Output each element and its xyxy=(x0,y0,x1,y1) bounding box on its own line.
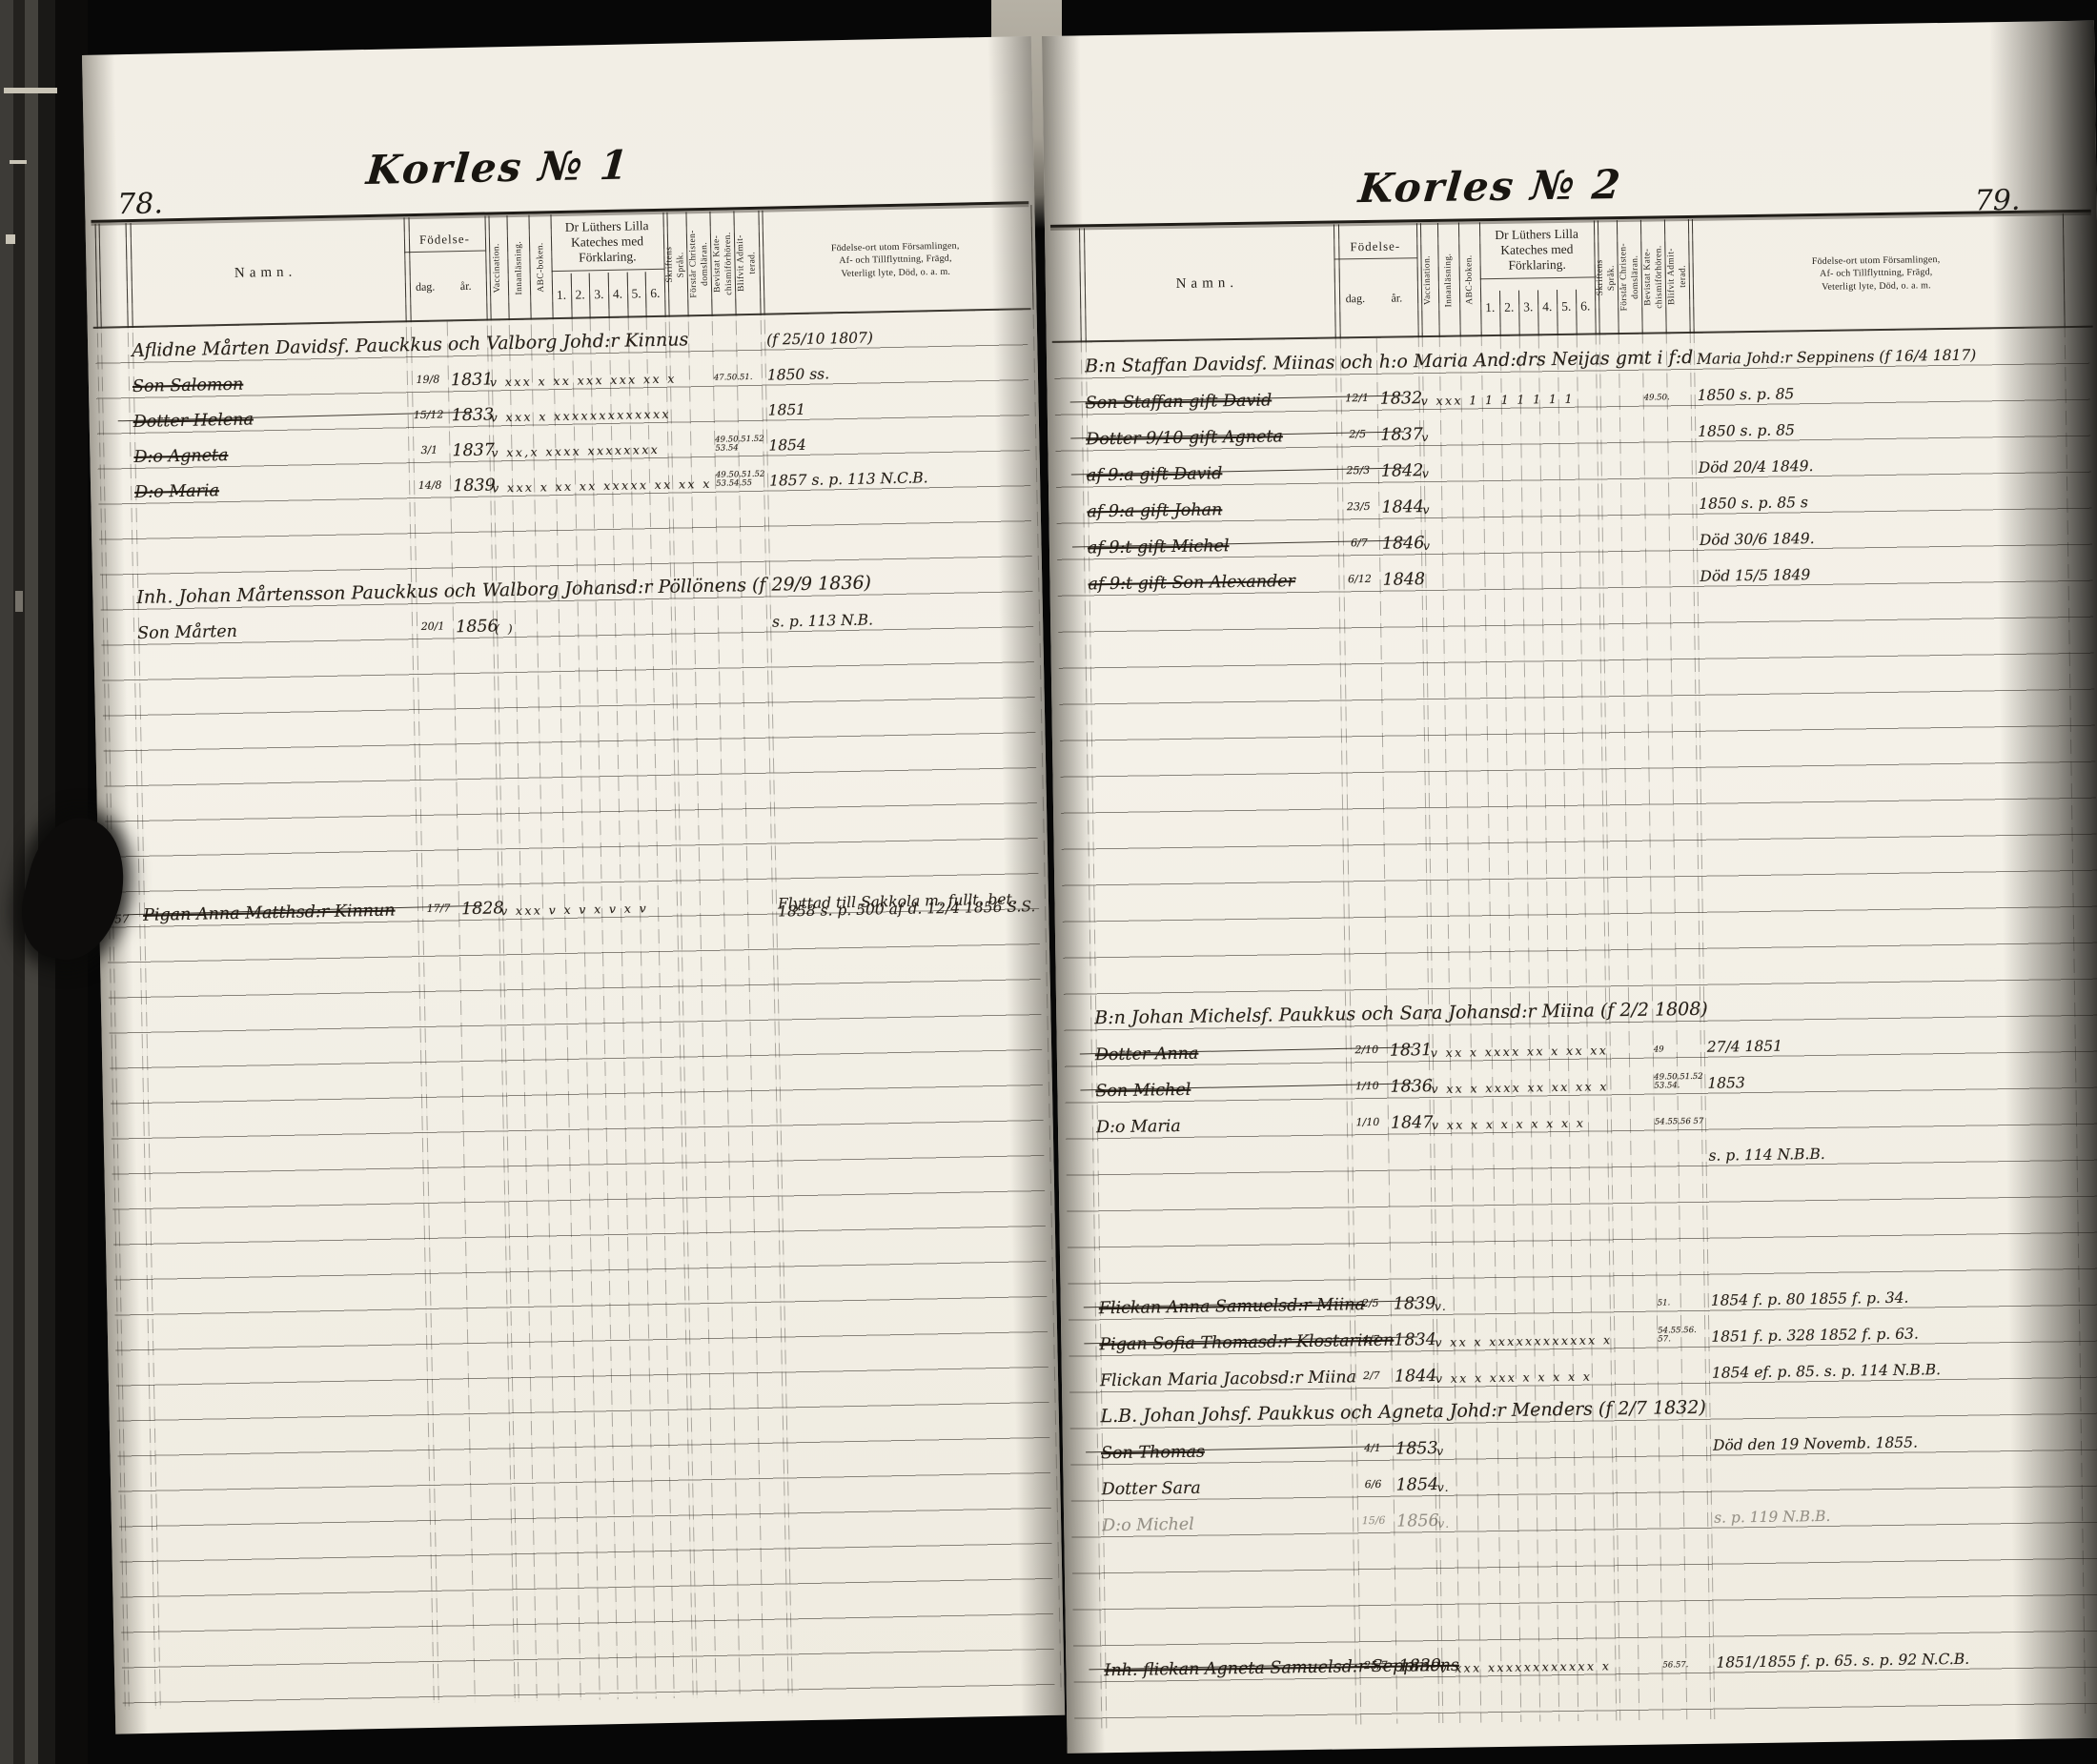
birth-year-cell: 1856 xyxy=(1396,1511,1439,1531)
attendance-years-cell xyxy=(1659,1451,1711,1452)
birth-day-cell xyxy=(1350,1165,1388,1166)
column-abc-boken: ABC-boken. xyxy=(528,214,552,319)
birth-year-cell: 1846 xyxy=(1382,534,1425,554)
name-cell: Son Mårten xyxy=(137,622,237,643)
birth-day-cell: 19/8 xyxy=(409,373,447,386)
table-header: Namn. Födelse- dag.år. Vaccination. Inna… xyxy=(1045,213,2097,343)
birth-day-cell: 4/7 xyxy=(1352,1333,1390,1347)
attendance-years-cell: 49.50.51.52 53.54. xyxy=(1654,1073,1705,1090)
page-title: Korles № 2 xyxy=(1356,161,1624,212)
attendance-years-cell: 49.50.51.52 53.54 xyxy=(715,436,766,453)
examination-marks-cell: v xyxy=(1421,430,1431,444)
birth-year-cell: 1844 xyxy=(1395,1367,1437,1387)
page-number: 78. xyxy=(117,187,163,221)
birth-day-cell: 20/1 xyxy=(414,619,452,633)
attendance-years-cell: 49.50. xyxy=(1644,393,1696,401)
examination-marks-cell: v xyxy=(1422,502,1432,517)
note-cell: Död 30/6 1849. xyxy=(1700,530,1815,549)
examination-marks-cell: ( ) xyxy=(495,621,515,636)
note-cell: 1850 s. p. 85 xyxy=(1698,385,1795,404)
birth-day-cell: 15/12 xyxy=(410,408,448,421)
birth-year-cell: 1842 xyxy=(1381,461,1424,481)
attendance-years-cell: 49.50.51.52 53.54.55 xyxy=(716,471,767,488)
note-cell: 1850 s. p. 85 xyxy=(1698,421,1795,440)
note-cell: Död 15/5 1849 xyxy=(1700,566,1810,585)
column-fodelse: Födelse- dag.år. xyxy=(1334,223,1418,338)
note-cell: 1850 ss. xyxy=(767,365,830,383)
scanned-ledger-spread: 78. Korles № 1 Namn. Födelse- dag.år. Va… xyxy=(0,0,2097,1764)
attendance-years-cell xyxy=(1647,582,1699,583)
name-cell: Dotter Helena xyxy=(133,410,254,432)
column-blifvit-admitterad: Blifvit Admit-terad. xyxy=(733,211,760,315)
birth-year-cell: 1831 xyxy=(1390,1041,1433,1061)
note-cell: 1853 xyxy=(1707,1074,1745,1092)
column-notes: Födelse-ort utom Församlingen,Af- och Ti… xyxy=(1688,213,2065,334)
attendance-years-cell xyxy=(1660,1488,1712,1489)
name-cell: Dotter Anna xyxy=(1095,1044,1199,1065)
note-cell: Maria Johd:r Seppinens (f 16/4 1817) xyxy=(1697,346,1976,367)
name-cell: Son Salomon xyxy=(132,375,244,396)
film-scratch xyxy=(6,234,15,244)
attendance-years-cell: 51. xyxy=(1658,1298,1709,1307)
birth-day-cell: 1/10 xyxy=(1348,1080,1386,1093)
birth-year-cell: 1856 xyxy=(456,617,499,637)
birth-year-cell: 1836 xyxy=(1390,1077,1433,1097)
attendance-years-cell xyxy=(1660,1524,1712,1525)
page-title: Korles № 1 xyxy=(364,141,631,193)
birth-day-cell: 6/7 xyxy=(1340,537,1378,550)
column-forstar-christendomslaran: Förstår Christen-domsläran. xyxy=(1617,220,1642,335)
note-cell: (f 25/10 1807) xyxy=(766,329,873,348)
name-cell: D:o Maria xyxy=(1096,1117,1181,1137)
attendance-years-cell xyxy=(1645,474,1697,475)
name-cell: Son Staffan gift David xyxy=(1086,391,1272,413)
name-cell: Pigan Anna Matthsd:r Kinnun xyxy=(143,902,396,925)
note-cell: 1851/1855 f. p. 65. s. p. 92 N.C.B. xyxy=(1716,1651,1969,1672)
name-cell: Flickan Maria Jacobsd:r Miina xyxy=(1100,1368,1356,1390)
birth-year-cell: 1839 xyxy=(1394,1294,1436,1314)
note-cell: 1854 f. p. 80 1855 f. p. 34. xyxy=(1711,1289,1909,1309)
table-body: Aflidne Mårten Davidsf. Pauckkus och Val… xyxy=(88,310,1048,928)
examination-marks-cell: v xxx v x v x v x v xyxy=(500,901,648,918)
column-bevistat-katechismiforhoren: Bevistat Kate-chismiförhören. xyxy=(709,211,735,315)
birth-year-cell: 1832 xyxy=(1380,389,1423,409)
birth-year-cell: 1844 xyxy=(1381,497,1424,517)
name-cell: Dotter 9/10 gift Agneta xyxy=(1086,427,1283,449)
birth-year-cell: 1828 xyxy=(461,899,504,919)
birth-day-cell: 14/8 xyxy=(411,478,449,492)
birth-day-cell: 4/1 xyxy=(1354,1442,1392,1455)
name-cell: D:o Michel xyxy=(1102,1515,1194,1535)
birth-day-cell: 2/10 xyxy=(1348,1044,1386,1057)
column-notes: Födelse-ort utom Församlingen,Af- och Ti… xyxy=(758,205,1032,315)
attendance-years-cell xyxy=(1659,1379,1710,1380)
examination-marks-cell: v xxx x xxxxxxxxxxxxx xyxy=(491,407,671,425)
note-cell: Död den 19 Novemb. 1855. xyxy=(1713,1434,1918,1454)
birth-day-cell: 25/3 xyxy=(1339,464,1377,477)
note-cell: 1850 s. p. 85 s xyxy=(1699,494,1808,513)
attendance-years-cell: 56.57. xyxy=(1662,1660,1714,1669)
birth-day-cell: 6/6 xyxy=(1354,1478,1392,1491)
note-cell: 1851 f. p. 328 1852 f. p. 63. xyxy=(1711,1326,1919,1346)
examination-marks-cell: v. xyxy=(1435,1299,1449,1313)
birth-year-cell: 1833 xyxy=(451,405,494,425)
attendance-years-cell: 54.55.56. 57. xyxy=(1658,1327,1709,1344)
note-cell: 1854 xyxy=(768,436,806,455)
birth-day-cell: 12/1 xyxy=(1338,392,1376,405)
note-cell: s. p. 113 N.B. xyxy=(772,611,873,630)
margin-number-cell: 57 xyxy=(114,912,130,925)
examination-marks-cell: v xyxy=(1436,1444,1446,1458)
film-scratch xyxy=(4,88,57,93)
attendance-years-cell xyxy=(1646,546,1698,547)
birth-year-cell: 1837 xyxy=(1380,425,1423,445)
birth-year-cell: 1854 xyxy=(1395,1475,1438,1495)
note-cell: s. p. 119 N.B.B. xyxy=(1714,1508,1830,1527)
examination-marks-cell: v xx x x x x x x x x xyxy=(1432,1116,1586,1132)
column-innanlasning: Innanläsning. xyxy=(1437,223,1460,337)
examination-marks-cell: v xx x xxxx xx x xx xx xyxy=(1431,1043,1609,1060)
column-fodelse: Födelse- dag.år. xyxy=(403,216,486,323)
name-cell: Son Michel xyxy=(1095,1081,1191,1101)
examination-marks-cell: v xx x xxxxxxxxxxxx x xyxy=(1435,1332,1612,1349)
ledger-page-right: 79. Korles № 2 Namn. Födelse- dag.år. Va… xyxy=(1042,21,2097,1754)
birth-year-cell: 1847 xyxy=(1391,1113,1434,1133)
ledger-page-left: 78. Korles № 1 Namn. Födelse- dag.år. Va… xyxy=(82,36,1065,1734)
examination-marks-cell: v xx,x xxxx xxxxxxxx xyxy=(491,442,660,460)
birth-day-cell: 6/12 xyxy=(1340,573,1378,586)
attendance-years-cell xyxy=(713,346,764,347)
birth-day-cell: 1/10 xyxy=(1349,1116,1387,1129)
attendance-years-cell: 47.50.51. xyxy=(714,373,765,382)
note-cell: 1857 s. p. 113 N.C.B. xyxy=(769,469,928,489)
birth-day-cell: 2/7 xyxy=(1353,1369,1391,1383)
table-body: B:n Staffan Davidsf. Miinas och h:o Mari… xyxy=(1047,328,2097,1683)
examination-marks-cell: v xx x xxx x x x x x xyxy=(1435,1369,1593,1386)
birth-day-cell: 17/7 xyxy=(419,902,458,915)
birth-year-cell: 1853 xyxy=(1395,1439,1438,1459)
examination-marks-cell: v xxx x xx xx xxxxx xx xx x xyxy=(492,476,712,496)
name-cell: af 9:t gift Son Alexander xyxy=(1088,572,1295,594)
column-namn: Namn. xyxy=(1079,224,1335,342)
attendance-years-cell xyxy=(719,628,770,629)
name-cell: af 9:a gift David xyxy=(1087,464,1223,485)
birth-day-cell: 2/5 xyxy=(1338,428,1376,441)
note-cell: Död 20/4 1849. xyxy=(1699,457,1814,476)
examination-marks-cell: v xxx x xx xxx xxx xx x xyxy=(490,372,677,390)
birth-year-cell: 1834 xyxy=(1394,1330,1436,1350)
column-blifvit-admitterad: Blifvit Admit-terad. xyxy=(1664,219,1690,334)
column-namn: Namn. xyxy=(126,217,406,328)
column-abc-boken: ABC-boken. xyxy=(1458,222,1481,336)
examination-marks-cell: v. xyxy=(1437,1516,1452,1531)
column-innanlasning: Innanläsning. xyxy=(506,215,530,320)
attendance-years-cell xyxy=(724,910,776,911)
birth-year-cell: 1848 xyxy=(1382,570,1425,590)
note-cell: s. p. 114 N.B.B. xyxy=(1708,1146,1824,1165)
birth-year-cell: 1839 xyxy=(453,476,496,496)
name-cell: af 9:a gift Johan xyxy=(1087,500,1222,521)
examination-marks-cell: v xx x xxxx xx xx xx x xyxy=(1431,1079,1609,1096)
examination-marks-cell: v xxx 1 1 1 1 1 1 1 xyxy=(1421,392,1575,408)
column-forstar-christendomslaran: Förstår Christen-domsläran. xyxy=(685,212,711,316)
attendance-years-cell xyxy=(1645,510,1697,511)
name-cell: Pigan Sofia Thomasd:r Klostarinen xyxy=(1099,1331,1394,1355)
name-cell: D:o Agneta xyxy=(133,446,228,467)
birth-day-cell: 15/6 xyxy=(1354,1514,1393,1528)
attendance-years-cell xyxy=(1644,437,1696,438)
film-scratch xyxy=(15,591,23,612)
attendance-years-cell xyxy=(715,416,766,417)
examination-marks-cell: v xyxy=(1423,538,1433,553)
attendance-years-cell: 49 xyxy=(1654,1044,1705,1053)
name-cell: D:o Maria xyxy=(134,481,219,502)
examination-marks-cell: v xyxy=(1422,466,1432,480)
note-cell: 27/4 1851 xyxy=(1707,1038,1782,1056)
birth-year-cell: 1839 xyxy=(1398,1656,1441,1676)
birth-year-cell: 1831 xyxy=(451,370,494,390)
film-scratch xyxy=(10,160,27,164)
name-cell: Son Thomas xyxy=(1101,1443,1205,1464)
attendance-years-cell: 54.55.56 57 xyxy=(1655,1117,1706,1125)
birth-year-cell: 1837 xyxy=(452,440,495,460)
column-bevistat-katechismiforhoren: Bevistat Kate-chismiförhören. xyxy=(1640,219,1666,334)
table-header: Namn. Födelse- dag.år. Vaccination. Inna… xyxy=(86,205,1037,329)
name-cell: af 9:t gift Michel xyxy=(1088,537,1230,558)
name-cell: Flickan Anna Samuelsd:r Miina xyxy=(1099,1295,1366,1318)
attendance-years-cell xyxy=(1656,1162,1707,1163)
name-cell: Dotter Sara xyxy=(1101,1479,1200,1500)
examination-marks-cell: v xxx xxxxxxxxxxxx x xyxy=(1439,1658,1611,1675)
examination-marks-cell: v. xyxy=(1437,1480,1452,1494)
note-cell: 1854 ef. p. 85. s. p. 114 N.B.B. xyxy=(1712,1361,1941,1382)
note-cell: 1851 xyxy=(767,401,805,419)
birth-day-cell: 25/7 xyxy=(1356,1659,1395,1673)
birth-day-cell: 23/5 xyxy=(1339,500,1377,514)
birth-day-cell: 2/5 xyxy=(1352,1297,1390,1310)
birth-day-cell: 3/1 xyxy=(410,443,448,456)
